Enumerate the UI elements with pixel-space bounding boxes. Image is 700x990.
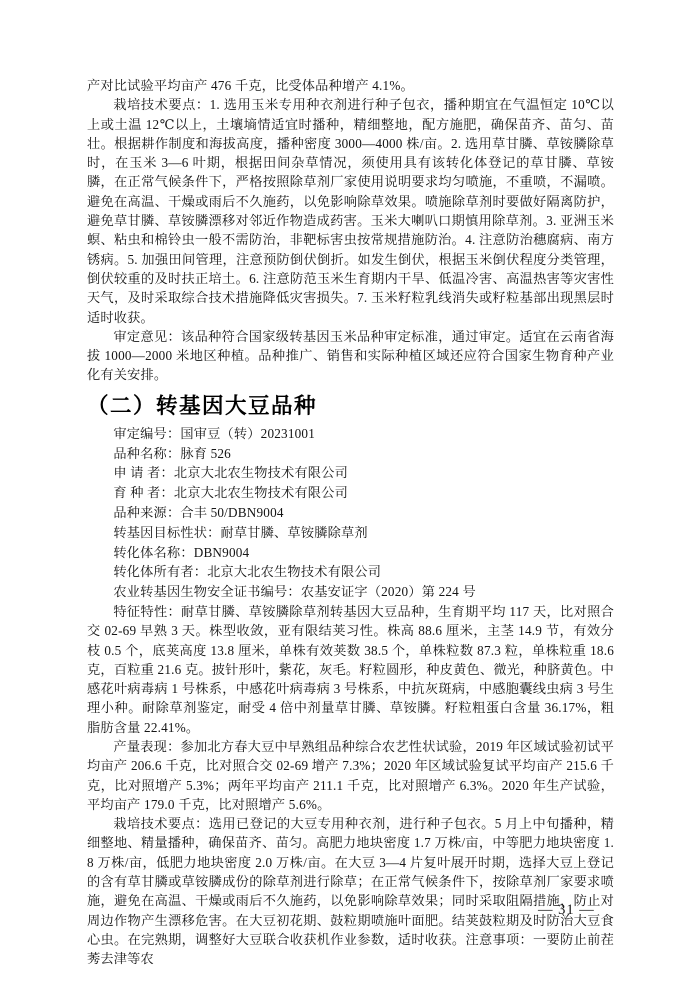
metadata-applicant: 申 请 者：北京大北农生物技术有限公司 (87, 463, 614, 483)
section-heading-gm-soybean: （二）转基因大豆品种 (87, 393, 614, 419)
paragraph-corn-cultivation-points: 栽培技术要点：1. 选用玉米专用种衣剂进行种子包衣，播种期宜在气温恒定 10℃以… (87, 95, 614, 327)
document-page: 产对比试验平均亩产 476 千克，比受体品种增产 4.1%。 栽培技术要点：1.… (0, 0, 700, 990)
metadata-target-trait: 转基因目标性状：耐草甘膦、草铵膦除草剂 (87, 523, 614, 543)
metadata-event-owner: 转化体所有者：北京大北农生物技术有限公司 (87, 562, 614, 582)
metadata-variety-name: 品种名称：脉育 526 (87, 444, 614, 464)
metadata-event-name: 转化体名称：DBN9004 (87, 543, 614, 563)
metadata-safety-certificate-number: 农业转基因生物安全证书编号：农基安证字（2020）第 224 号 (87, 582, 614, 602)
paragraph-corn-yield-continuation: 产对比试验平均亩产 476 千克，比受体品种增产 4.1%。 (87, 76, 614, 95)
text-column: 产对比试验平均亩产 476 千克，比受体品种增产 4.1%。 栽培技术要点：1.… (87, 76, 614, 969)
paragraph-soybean-cultivation-points: 栽培技术要点：选用已登记的大豆专用种衣剂，进行种子包衣。5 月上中旬播种，精细整… (87, 814, 614, 968)
paragraph-corn-approval-opinion: 审定意见：该品种符合国家级转基因玉米品种审定标准，通过审定。适宜在云南省海拔 1… (87, 327, 614, 385)
paragraph-soybean-yield-performance: 产量表现：参加北方春大豆中早熟组品种综合农艺性状试验，2019 年区域试验初试平… (87, 737, 614, 814)
metadata-approval-number: 审定编号：国审豆（转）20231001 (87, 424, 614, 444)
page-number: — 31 — (538, 900, 598, 920)
metadata-variety-source: 品种来源：合丰 50/DBN9004 (87, 503, 614, 523)
paragraph-soybean-characteristics: 特征特性：耐草甘膦、草铵膦除草剂转基因大豆品种，生育期平均 117 天，比对照合… (87, 602, 614, 737)
metadata-breeder: 育 种 者：北京大北农生物技术有限公司 (87, 483, 614, 503)
